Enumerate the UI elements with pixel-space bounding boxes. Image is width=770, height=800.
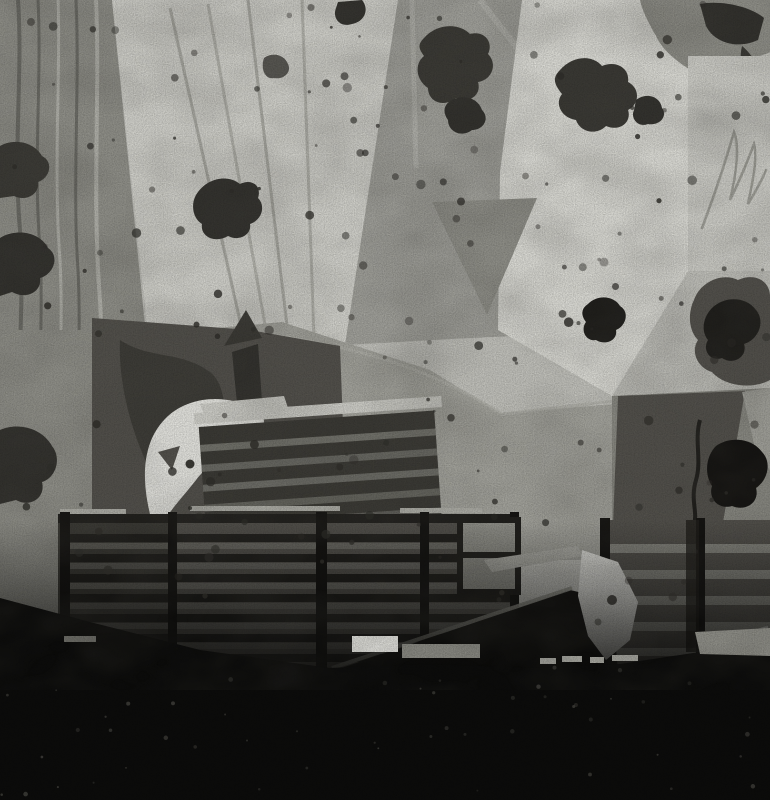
abstract-wall-photograph: [0, 0, 770, 800]
film-grain: [0, 0, 770, 800]
photo-canvas: [0, 0, 770, 800]
